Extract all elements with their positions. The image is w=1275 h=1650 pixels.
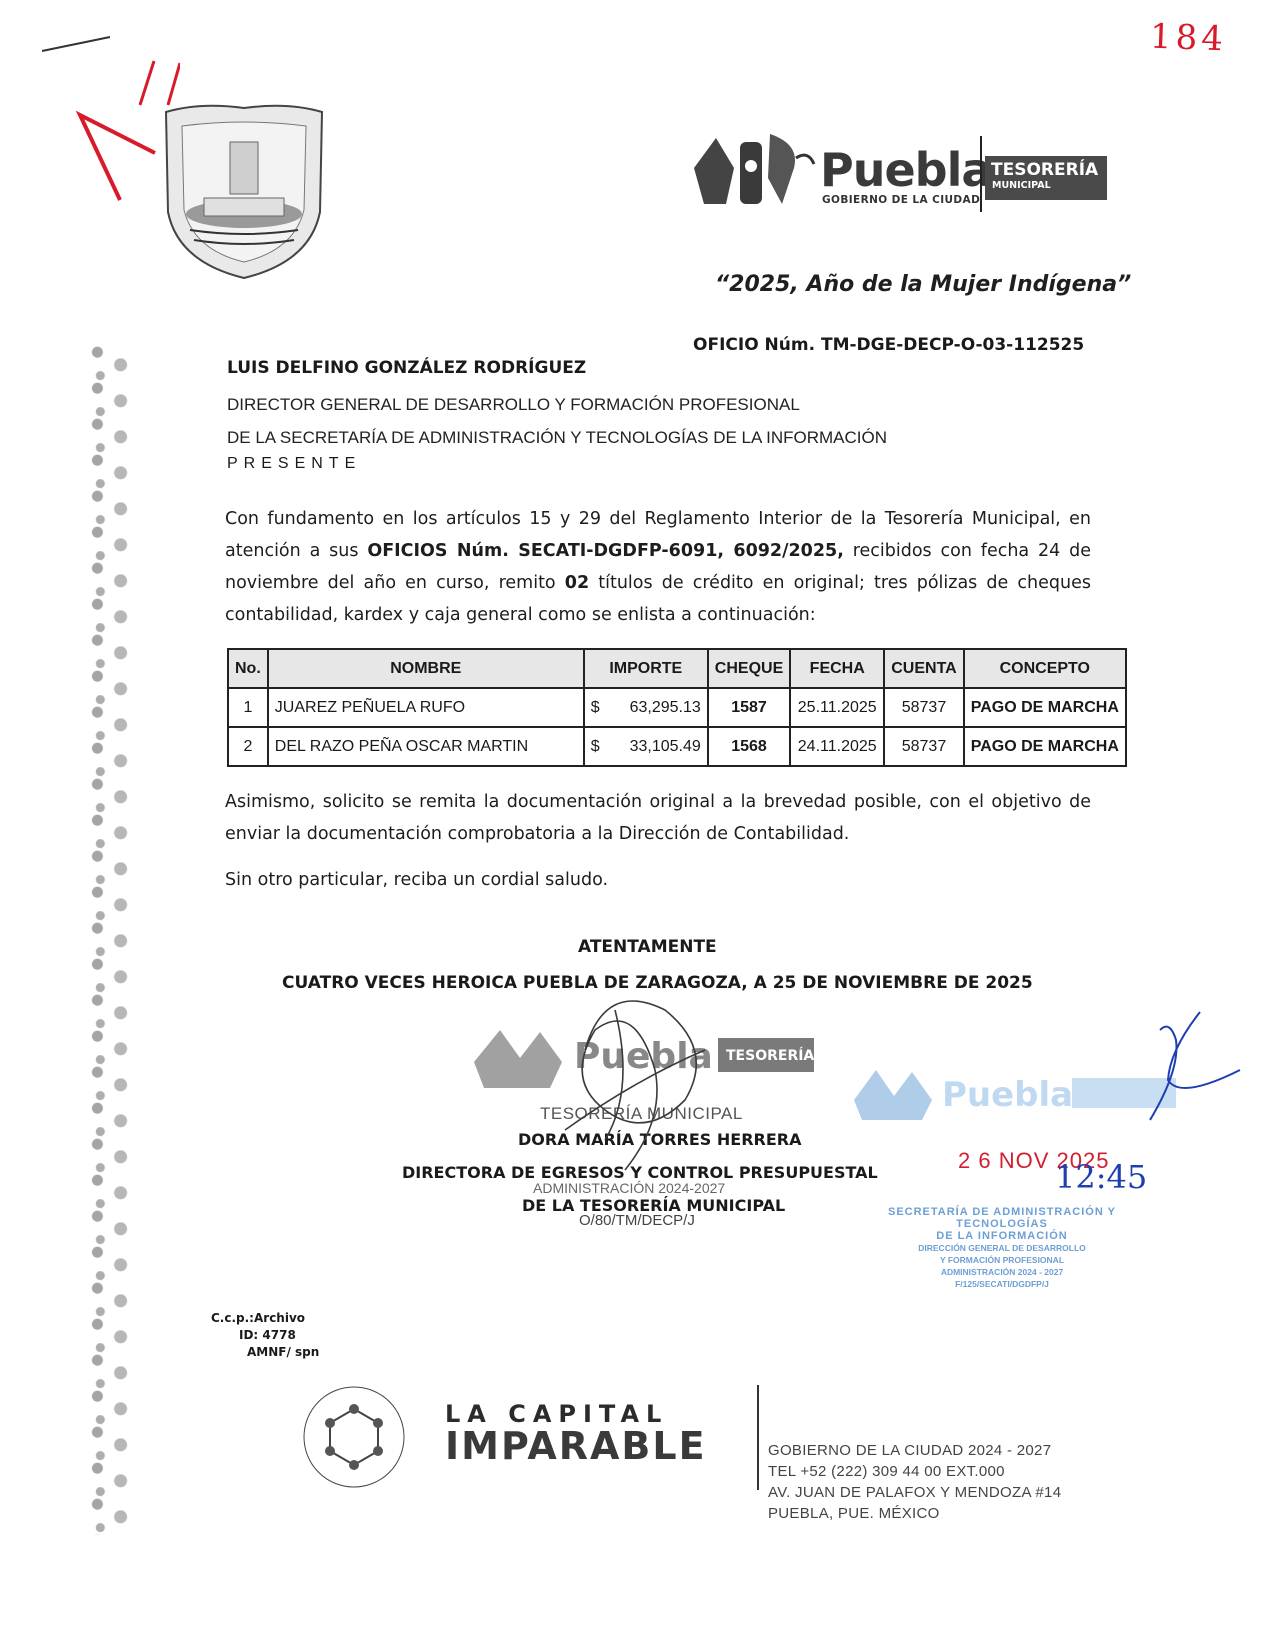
col-header-fecha: FECHA bbox=[790, 649, 884, 688]
tesoreria-title: TESORERÍA bbox=[991, 160, 1098, 180]
svg-text:TESORERÍA: TESORERÍA bbox=[726, 1047, 814, 1064]
body-paragraph-1: Con fundamento en los artículos 15 y 29 … bbox=[225, 503, 1091, 631]
received-time-handwritten: 12:45 bbox=[1055, 1158, 1147, 1196]
stamp-administracion: ADMINISTRACIÓN 2024-2027 bbox=[533, 1180, 725, 1196]
ccp-initials: AMNF/ spn bbox=[211, 1344, 319, 1361]
tesoreria-subtitle: MUNICIPAL bbox=[992, 180, 1051, 191]
side-ornament bbox=[80, 345, 138, 1535]
col-header-importe: IMPORTE bbox=[584, 649, 708, 688]
body-paragraph-3: Sin otro particular, reciba un cordial s… bbox=[225, 864, 1091, 896]
addressee-title-line2: DE LA SECRETARÍA DE ADMINISTRACIÓN Y TEC… bbox=[227, 428, 887, 448]
footer-contact-info: GOBIERNO DE LA CIUDAD 2024 - 2027 TEL +5… bbox=[768, 1440, 1061, 1524]
svg-text:Puebla: Puebla bbox=[942, 1075, 1073, 1115]
puebla-logo-icon bbox=[690, 128, 818, 208]
handwritten-page-number: 184 bbox=[1149, 17, 1227, 60]
titles-count: 02 bbox=[565, 573, 589, 593]
body-paragraph-2: Asimismo, solicito se remita la document… bbox=[225, 786, 1091, 850]
col-header-nombre: NOMBRE bbox=[268, 649, 584, 688]
col-header-cheque: CHEQUE bbox=[708, 649, 790, 688]
referenced-oficios: OFICIOS Núm. SECATI-DGDFP-6091, 6092/202… bbox=[367, 541, 844, 561]
table-row: 1 JUAREZ PEÑUELA RUFO $63,295.13 1587 25… bbox=[228, 688, 1126, 727]
addressee-title-line1: DIRECTOR GENERAL DE DESARROLLO Y FORMACI… bbox=[227, 395, 800, 415]
slogan-la-capital-imparable: LA CAPITAL IMPARABLE bbox=[445, 1400, 707, 1468]
logo-subtitle: GOBIERNO DE LA CIUDAD bbox=[822, 194, 980, 206]
copy-to-block: C.c.p.:Archivo ID: 4778 AMNF/ spn bbox=[211, 1310, 319, 1361]
handwritten-initial-icon bbox=[1140, 1010, 1250, 1130]
presente-label: PRESENTE bbox=[227, 455, 361, 473]
secati-received-stamp: SECRETARÍA DE ADMINISTRACIÓN Y TECNOLOGÍ… bbox=[852, 1206, 1152, 1290]
table-header-row: No. NOMBRE IMPORTE CHEQUE FECHA CUENTA C… bbox=[228, 649, 1126, 688]
addressee-name: LUIS DELFINO GONZÁLEZ RODRÍGUEZ bbox=[227, 358, 586, 378]
year-motto: “2025, Año de la Mujer Indígena” bbox=[715, 272, 1131, 297]
footer-divider bbox=[757, 1385, 759, 1490]
puebla-logo-text: Puebla bbox=[820, 143, 991, 197]
logo-divider bbox=[980, 136, 982, 212]
col-header-no: No. bbox=[228, 649, 268, 688]
handwritten-marks-icon bbox=[30, 25, 180, 205]
closing-atentamente: ATENTAMENTE bbox=[578, 937, 717, 957]
secati-stamp-logo-icon: Puebla bbox=[850, 1060, 1180, 1122]
oficio-number: OFICIO Núm. TM-DGE-DECP-O-03-112525 bbox=[693, 335, 1084, 355]
ccp-archivo: C.c.p.:Archivo bbox=[211, 1310, 319, 1327]
col-header-concepto: CONCEPTO bbox=[964, 649, 1126, 688]
ccp-id: ID: 4778 bbox=[211, 1327, 319, 1344]
tesoreria-badge: TESORERÍA MUNICIPAL bbox=[985, 156, 1107, 200]
city-crest-icon bbox=[160, 102, 328, 280]
col-header-cuenta: CUENTA bbox=[884, 649, 963, 688]
checks-table: No. NOMBRE IMPORTE CHEQUE FECHA CUENTA C… bbox=[227, 648, 1127, 767]
signature-scribble-icon bbox=[545, 990, 730, 1180]
stamp-code: O/80/TM/DECP/J bbox=[579, 1212, 695, 1229]
norma-igualdad-seal-icon bbox=[302, 1385, 406, 1489]
table-row: 2 DEL RAZO PEÑA OSCAR MARTIN $33,105.49 … bbox=[228, 727, 1126, 766]
